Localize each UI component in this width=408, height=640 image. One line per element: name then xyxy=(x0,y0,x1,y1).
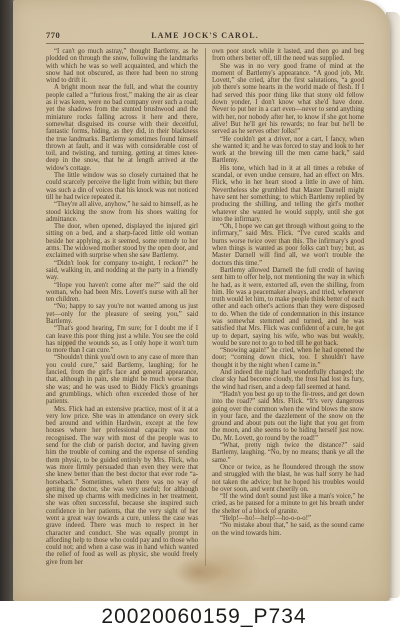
paragraph: “Shouldn't think you'd own to any case o… xyxy=(46,354,198,405)
paragraph: “If the wind don't sound just like a man… xyxy=(212,493,364,515)
page-sheet: 770 LAME JOCK'S CAROL. “I can't go much … xyxy=(13,0,390,601)
scanned-book-page: { "header": { "page_number": "770", "run… xyxy=(0,0,408,640)
paragraph: “Hope you haven't come after me?” said t… xyxy=(46,282,198,304)
footer-strip: 20020060159_P734 xyxy=(0,601,408,640)
masthead: 770 LAME JOCK'S CAROL. xyxy=(46,30,364,44)
text-columns: “I can't go much astray,” thought Bartle… xyxy=(46,48,364,566)
paragraph: A bright moon near the full, and what th… xyxy=(46,84,198,172)
paragraph: Once or twice, as he floundered through … xyxy=(212,464,364,493)
paragraph: “No; happy to say you're not wanted amon… xyxy=(46,303,198,325)
paragraph: “Hadn't you best go up to the fir-trees,… xyxy=(212,391,364,442)
paragraph: His tone, which had in it at all times a… xyxy=(212,165,364,223)
paragraph: “He couldn't get a driver, nor a cart, I… xyxy=(212,136,364,165)
paragraph: own poor stock while it lasted, and then… xyxy=(212,48,364,63)
column-divider-rule xyxy=(205,48,206,566)
paragraph: “Help!—ho!—help!—ho-o-o-o!” xyxy=(212,515,364,522)
paragraph: “That's good hearing, I'm sure; for I do… xyxy=(46,325,198,354)
page-content: 770 LAME JOCK'S CAROL. “I can't go much … xyxy=(46,30,364,566)
paragraph: Mrs. Flick had an extensive practice, mo… xyxy=(46,406,198,567)
paragraph: “Snowing again!” he cried, when he had o… xyxy=(212,347,364,369)
running-title: LAME JOCK'S CAROL. xyxy=(46,31,364,40)
paragraph: “What, pretty nigh twice the distance?” … xyxy=(212,442,364,464)
paragraph: The little window was so closely curtain… xyxy=(46,172,198,201)
paragraph: “Oh, I hope we can get through without g… xyxy=(212,223,364,267)
accession-label: 20020060159_P734 xyxy=(101,605,306,629)
paragraph: The door, when opened, displayed the inj… xyxy=(46,223,198,259)
column-right: own poor stock while it lasted, and then… xyxy=(212,48,364,566)
paragraph: Bartlemy allowed Darnell the full credit… xyxy=(212,267,364,347)
paragraph: “They're all alive, anyhow,” he said to … xyxy=(46,201,198,223)
paragraph: She was in no very good frame of mind at… xyxy=(212,63,364,136)
paragraph: “No mistake about that,” he said, as the… xyxy=(212,522,364,537)
paragraph: And indeed the night had wonderfully cha… xyxy=(212,369,364,391)
paragraph: “I can't go much astray,” thought Bartle… xyxy=(46,48,198,84)
paragraph: “Didn't look for company to-night, I rec… xyxy=(46,260,198,282)
column-left: “I can't go much astray,” thought Bartle… xyxy=(46,48,198,566)
